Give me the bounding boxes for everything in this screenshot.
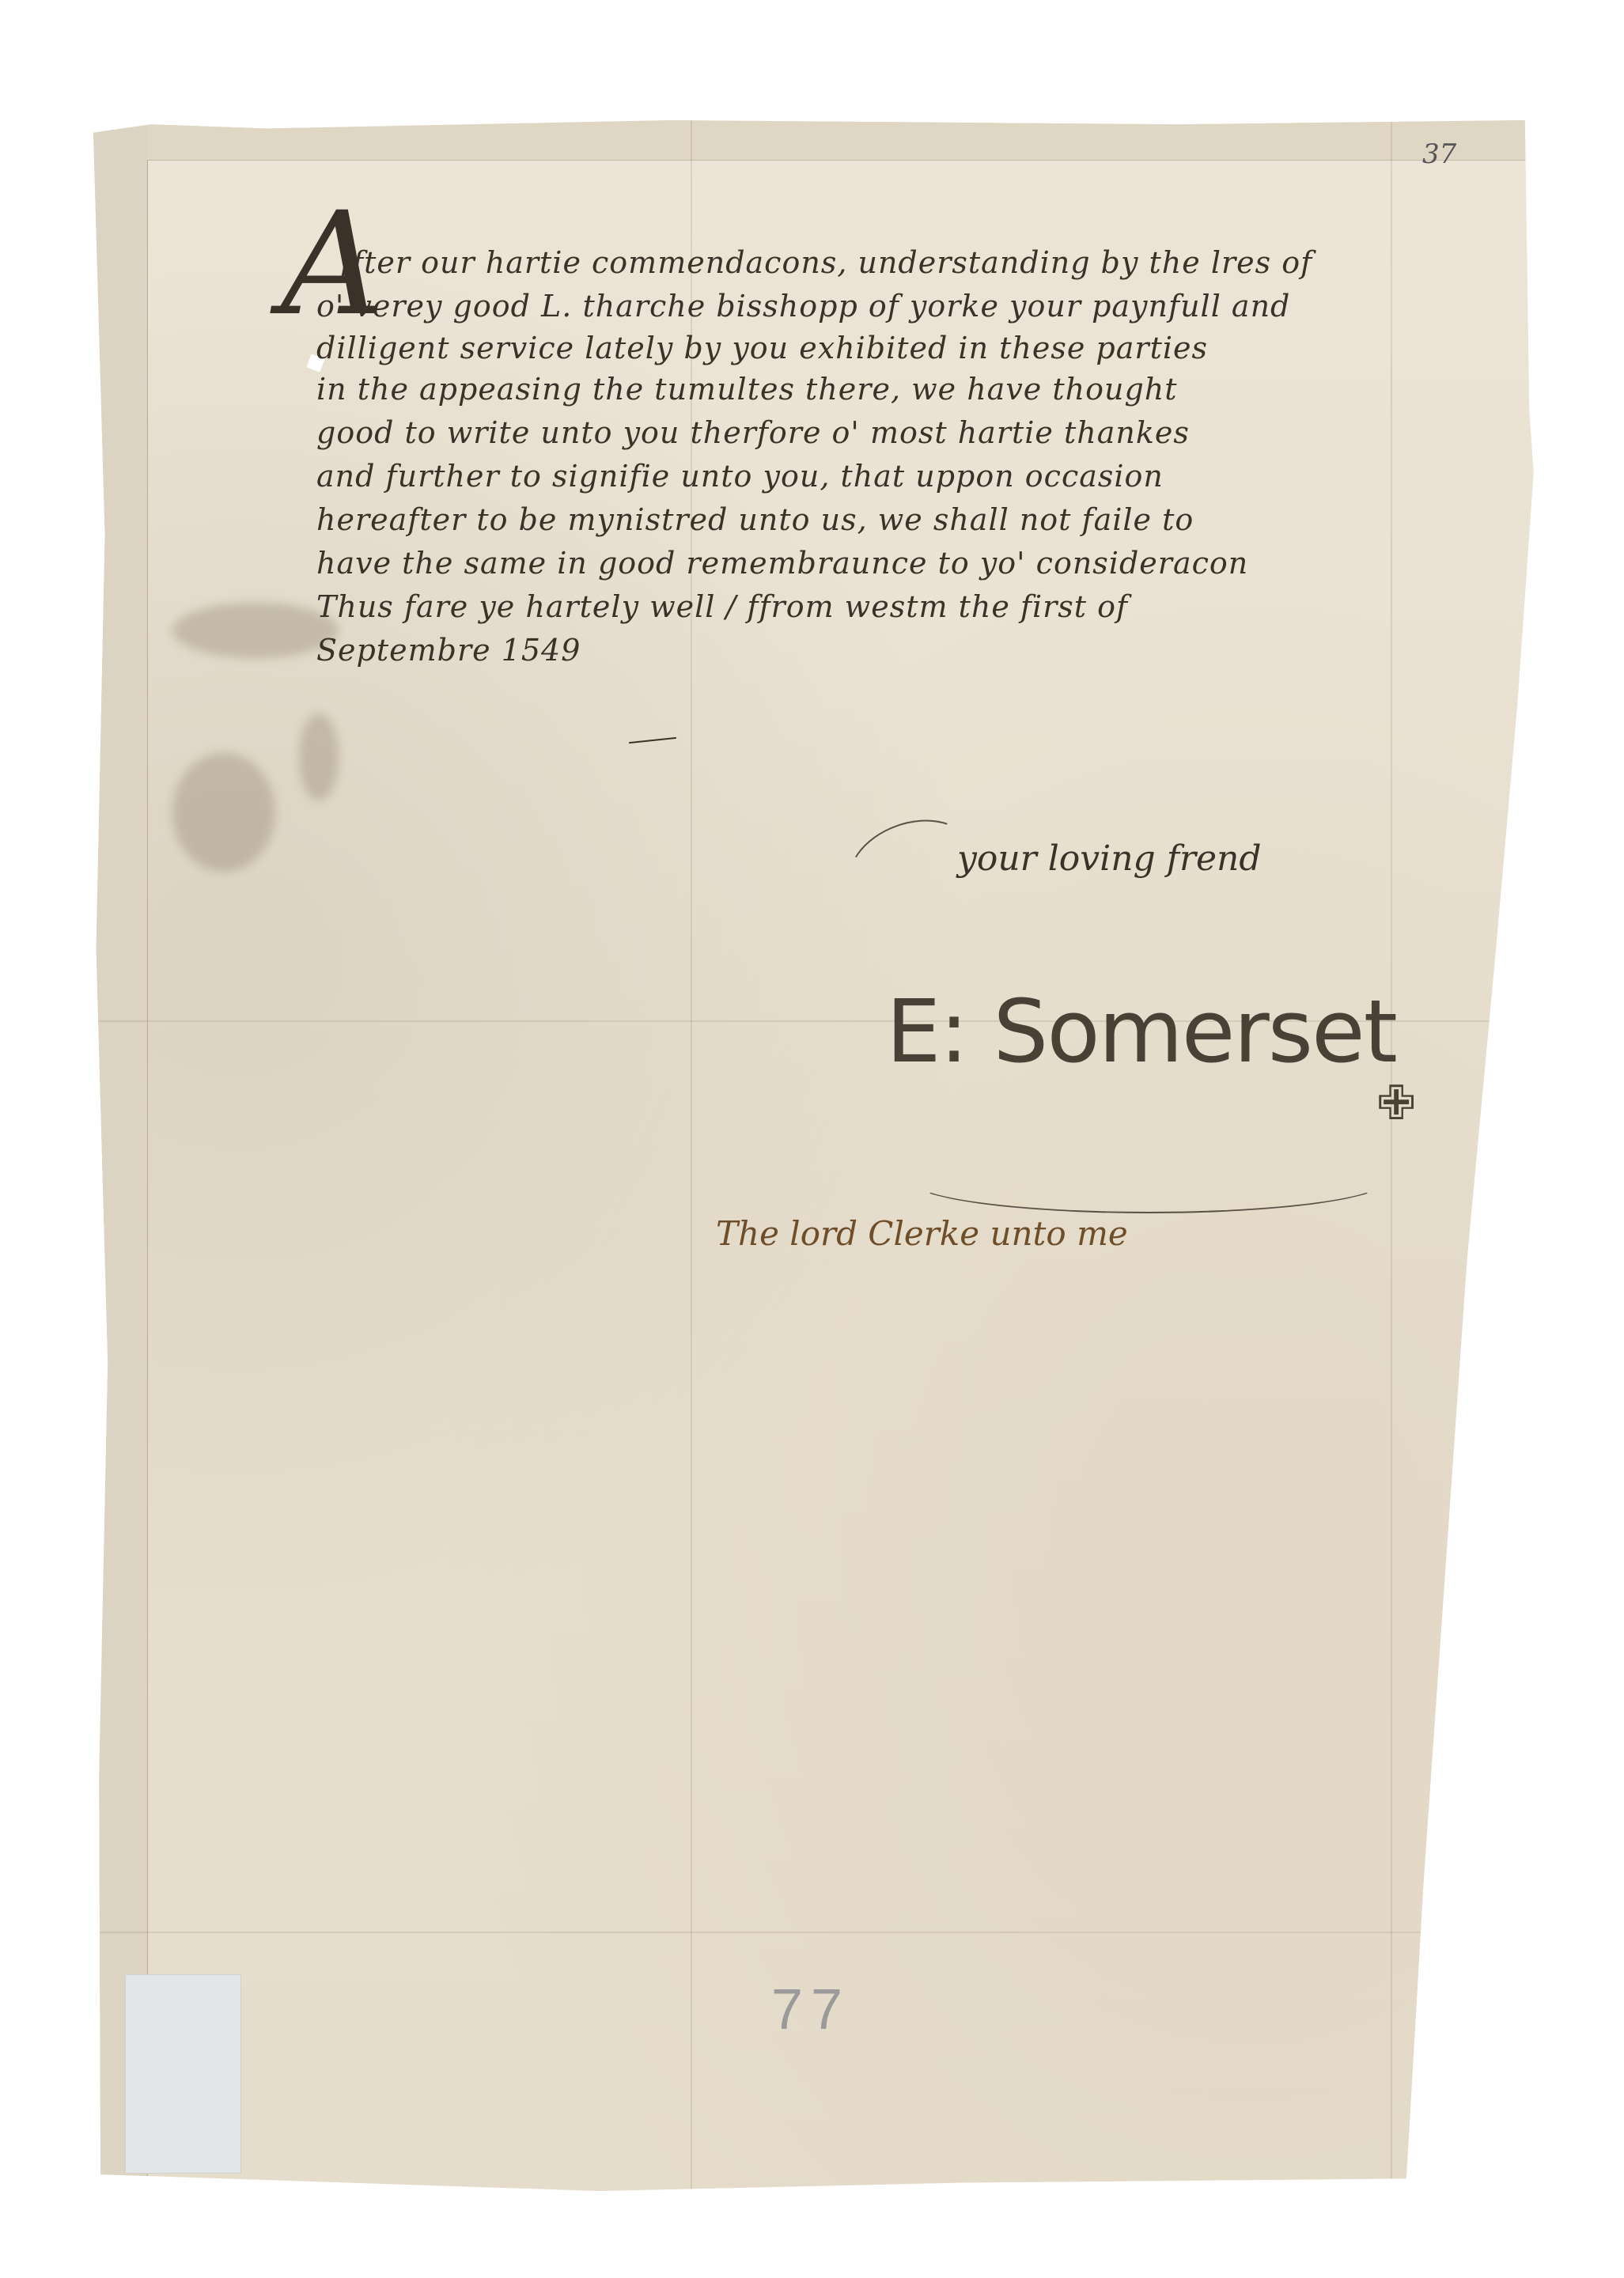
fold-line-horizontal [93,1932,1539,1933]
water-stain [299,713,339,800]
guard-strip [93,120,148,2191]
letter-line: and further to signifie unto you, that u… [316,459,1164,494]
folio-number: 37 [1422,138,1456,170]
letter-line: Septembre 1549 [316,633,581,668]
letter-line: have the same in good remembraunce to yo… [316,546,1248,581]
letter-line: Thus fare ye hartely well / ffrom westm … [316,589,1128,624]
signature: E: Somerset [886,981,1396,1082]
letter-line: hereafter to be mynistred unto us, we sh… [316,502,1194,537]
top-guard-strip [147,120,1539,161]
signature-flourish [910,1147,1387,1213]
signature-mark: ✙ [1376,1076,1416,1131]
water-stain [172,753,275,872]
letter-line: dilligent service lately by you exhibite… [316,331,1208,365]
water-stain [172,603,339,658]
letter-line: o' verey good L. tharche bisshopp of yor… [316,289,1290,324]
letter-line: good to write unto you therfore o' most … [316,415,1190,450]
fold-line-vertical [1391,120,1392,2191]
pencil-number: 77 [771,1977,850,2042]
closing-salutation: your loving frend [957,838,1262,879]
letter-line: ffter our hartie commendacons, understan… [340,245,1312,280]
endorsement: The lord Clerke unto me [716,1214,1128,1253]
mounting-paper [125,1974,241,2174]
letter-line: in the appeasing the tumultes there, we … [316,372,1178,407]
